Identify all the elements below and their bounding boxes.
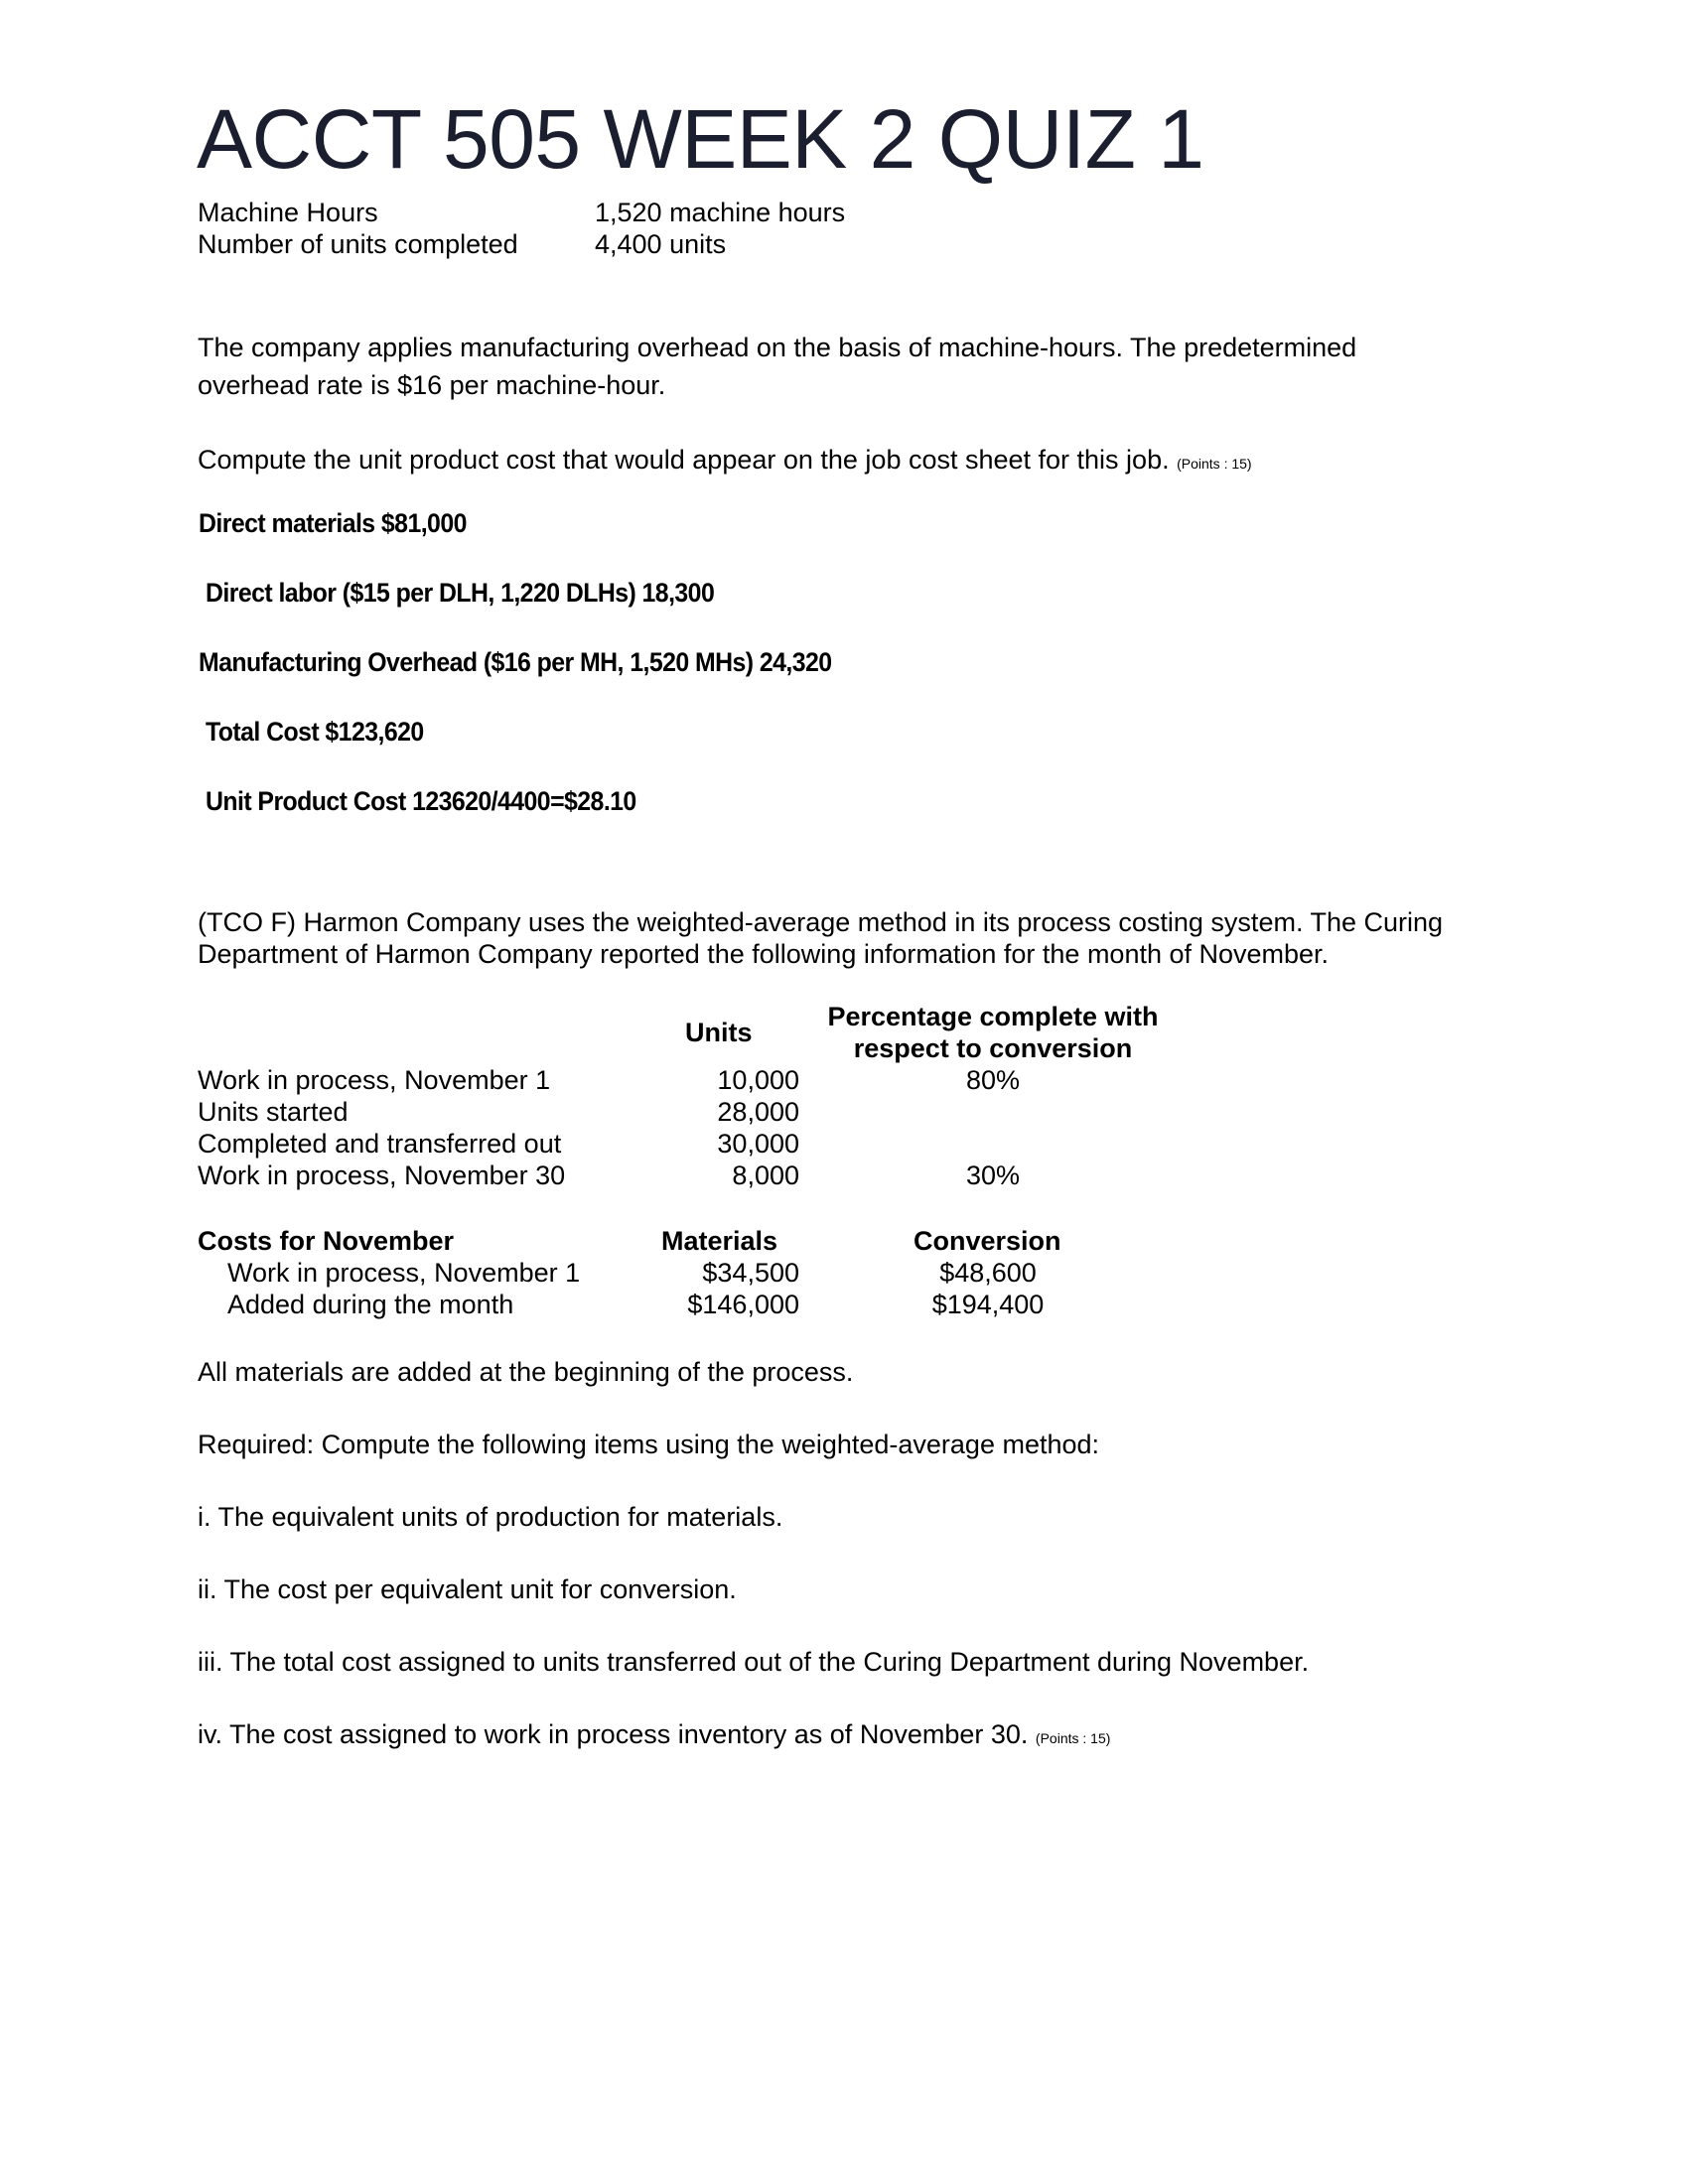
costs-header-conversion: Conversion — [914, 1225, 1061, 1257]
required-item-iii: iii. The total cost assigned to units tr… — [198, 1646, 1309, 1678]
costs-row-conversion: $48,600 — [889, 1257, 1087, 1289]
costs-row-materials: $34,500 — [635, 1257, 799, 1289]
page-title: ACCT 505 WEEK 2 QUIZ 1 — [197, 97, 1203, 181]
costs-row-conversion: $194,400 — [889, 1289, 1087, 1320]
units-row-label: Units started — [198, 1096, 349, 1128]
question-1-points: (Points : 15) — [1177, 456, 1251, 472]
costs-row-label: Work in process, November 1 — [227, 1257, 580, 1289]
question-1-text: Compute the unit product cost that would… — [198, 445, 1170, 475]
q2-intro-line1: (TCO F) Harmon Company uses the weighted… — [198, 906, 1443, 938]
costs-row-label: Added during the month — [227, 1289, 513, 1320]
answer-overhead: Manufacturing Overhead ($16 per MH, 1,52… — [199, 647, 832, 678]
machine-hours-label: Machine Hours — [198, 197, 378, 228]
question-1: Compute the unit product cost that would… — [198, 444, 1252, 479]
units-completed-value: 4,400 units — [595, 228, 726, 260]
required-item-iv: iv. The cost assigned to work in process… — [198, 1718, 1110, 1754]
costs-header-label: Costs for November — [198, 1225, 454, 1257]
units-row-units: 30,000 — [635, 1128, 799, 1160]
required-text: Required: Compute the following items us… — [198, 1429, 1099, 1460]
required-item-i: i. The equivalent units of production fo… — [198, 1501, 782, 1533]
units-row-label: Work in process, November 1 — [198, 1064, 550, 1096]
pct-header-line2: respect to conversion — [794, 1032, 1192, 1064]
question-2-points: (Points : 15) — [1036, 1730, 1110, 1746]
units-row-units: 28,000 — [635, 1096, 799, 1128]
required-item-iv-text: iv. The cost assigned to work in process… — [198, 1719, 1028, 1749]
units-row-pct: 30% — [894, 1160, 1092, 1191]
units-row-label: Work in process, November 30 — [198, 1160, 565, 1191]
overhead-text-line2: overhead rate is $16 per machine-hour. — [198, 369, 665, 401]
units-header: Units — [685, 1017, 753, 1048]
units-row-label: Completed and transferred out — [198, 1128, 561, 1160]
answer-direct-materials: Direct materials $81,000 — [199, 508, 467, 539]
q2-intro-line2: Department of Harmon Company reported th… — [198, 938, 1329, 970]
overhead-text-line1: The company applies manufacturing overhe… — [198, 332, 1356, 363]
units-row-units: 8,000 — [635, 1160, 799, 1191]
units-row-units: 10,000 — [635, 1064, 799, 1096]
units-completed-label: Number of units completed — [198, 228, 518, 260]
answer-unit-cost: Unit Product Cost 123620/4400=$28.10 — [206, 786, 636, 817]
pct-header-line1: Percentage complete with — [794, 1001, 1192, 1032]
costs-row-materials: $146,000 — [635, 1289, 799, 1320]
materials-note: All materials are added at the beginning… — [198, 1356, 853, 1388]
required-item-ii: ii. The cost per equivalent unit for con… — [198, 1573, 737, 1605]
machine-hours-value: 1,520 machine hours — [595, 197, 845, 228]
answer-direct-labor: Direct labor ($15 per DLH, 1,220 DLHs) 1… — [206, 578, 714, 609]
units-row-pct: 80% — [894, 1064, 1092, 1096]
costs-header-materials: Materials — [661, 1225, 777, 1257]
answer-total-cost: Total Cost $123,620 — [206, 717, 424, 748]
